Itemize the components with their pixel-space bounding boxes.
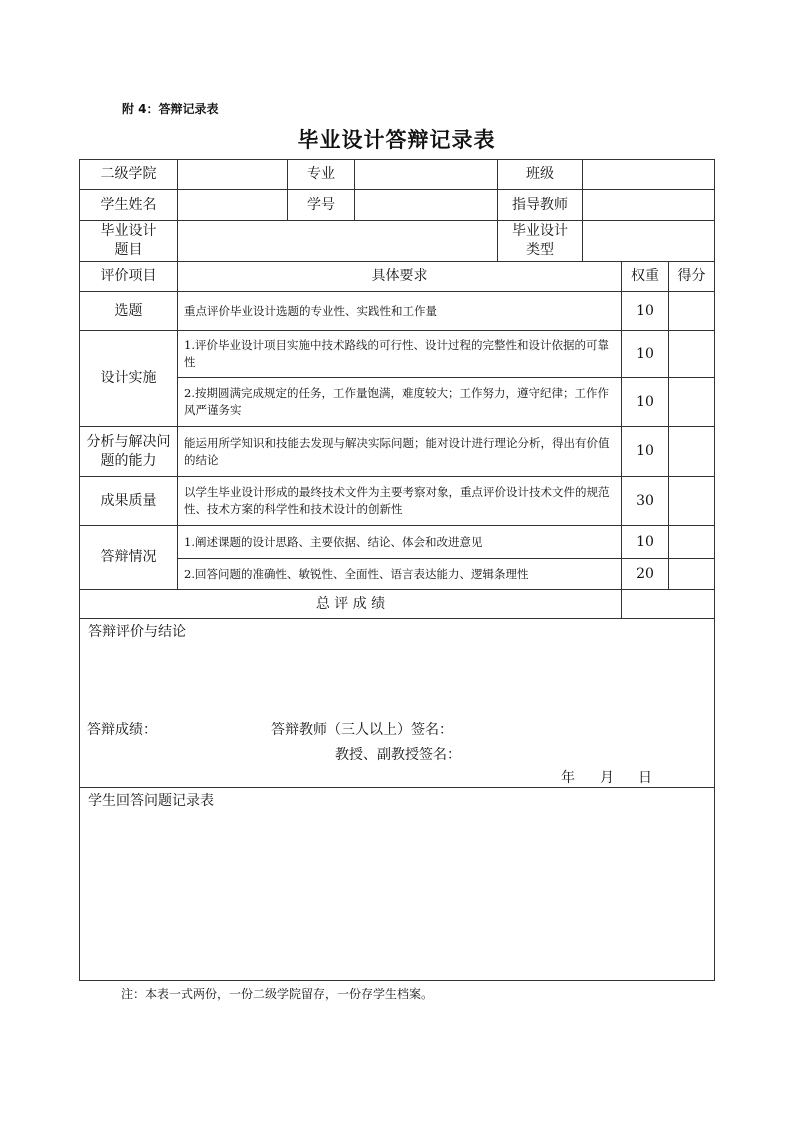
date-day: 日 (638, 767, 652, 787)
weight-value: 10 (621, 426, 669, 477)
college-label: 二级学院 (79, 159, 178, 190)
requirement-text: 重点评价毕业设计选题的专业性、实践性和工作量 (177, 291, 622, 331)
weight-value: 30 (621, 476, 669, 526)
date-year: 年 (561, 767, 575, 787)
qa-record-section[interactable]: 学生回答问题记录表 (79, 787, 715, 981)
requirement-text: 1.阐述课题的设计思路、主要依据、结论、体会和改进意见 (177, 525, 622, 559)
score-field[interactable] (668, 291, 715, 331)
advisor-field[interactable] (582, 189, 715, 221)
requirement-text: 以学生毕业设计形成的最终技术文件为主要考察对象，重点评价设计技术文件的规范性、技… (177, 476, 622, 526)
item-analysis: 分析与解决问题的能力 (79, 426, 178, 477)
item-quality: 成果质量 (79, 476, 178, 526)
weight-value: 10 (621, 377, 669, 427)
requirement-text: 能运用所学知识和技能去发现与解决实际问题；能对设计进行理论分析，得出有价值的结论 (177, 426, 622, 477)
score-field[interactable] (668, 426, 715, 477)
professor-sign-label: 教授、副教授签名： (335, 744, 461, 764)
weight-value: 20 (621, 558, 669, 590)
item-defense: 答辩情况 (79, 525, 178, 590)
score-field[interactable] (668, 330, 715, 378)
student-id-label: 学号 (287, 189, 355, 221)
college-field[interactable] (177, 159, 288, 190)
item-implementation: 设计实施 (79, 330, 178, 427)
conclusion-label: 答辩评价与结论 (88, 623, 186, 642)
score-field[interactable] (668, 476, 715, 526)
student-id-field[interactable] (354, 189, 498, 221)
item-topic: 选题 (79, 291, 178, 331)
class-field[interactable] (582, 159, 715, 190)
topic-label: 毕业设计题目 (79, 220, 178, 262)
header-item: 评价项目 (79, 261, 178, 292)
qa-record-label: 学生回答问题记录表 (88, 792, 214, 811)
teacher-sign-label: 答辩教师（三人以上）签名： (271, 719, 453, 739)
requirement-text: 2.按期圆满完成规定的任务，工作量饱满，难度较大；工作努力，遵守纪律；工作作风严… (177, 377, 622, 427)
student-name-field[interactable] (177, 189, 288, 221)
weight-value: 10 (621, 525, 669, 559)
requirement-text: 2.回答问题的准确性、敏锐性、全面性、语言表达能力、逻辑条理性 (177, 558, 622, 590)
total-score-field[interactable] (621, 589, 715, 619)
score-field[interactable] (668, 558, 715, 590)
total-label: 总 评 成 绩 (79, 589, 622, 619)
major-field[interactable] (354, 159, 498, 190)
header-score: 得分 (668, 261, 715, 292)
header-requirements: 具体要求 (177, 261, 622, 292)
page-title: 毕业设计答辩记录表 (0, 124, 793, 154)
student-name-label: 学生姓名 (79, 189, 178, 221)
appendix-label: 附 4：答辩记录表 (122, 100, 219, 117)
type-label: 毕业设计类型 (497, 220, 583, 262)
score-field[interactable] (668, 377, 715, 427)
score-field[interactable] (668, 525, 715, 559)
advisor-label: 指导教师 (497, 189, 583, 221)
weight-value: 10 (621, 330, 669, 378)
grade-label: 答辩成绩： (87, 719, 157, 739)
date-month: 月 (600, 767, 614, 787)
weight-value: 10 (621, 291, 669, 331)
type-field[interactable] (582, 220, 715, 262)
header-weight: 权重 (621, 261, 669, 292)
topic-field[interactable] (177, 220, 498, 262)
major-label: 专业 (287, 159, 355, 190)
class-label: 班级 (497, 159, 583, 190)
footnote: 注：本表一式两份，一份二级学院留存，一份存学生档案。 (121, 985, 433, 1002)
requirement-text: 1.评价毕业设计项目实施中技术路线的可行性、设计过程的完整性和设计依据的可靠性 (177, 330, 622, 378)
